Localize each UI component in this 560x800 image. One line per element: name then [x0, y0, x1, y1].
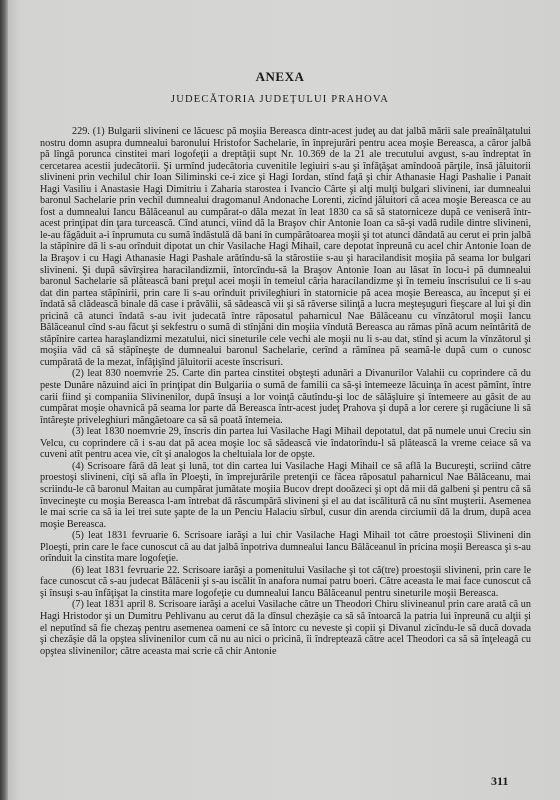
paragraph-5: (5) leat 1831 fevruarie 6. Scrisoare iar… [40, 530, 531, 565]
paragraph-229-1: 229. (1) Bulgarii slivineni ce lăcuesc p… [40, 126, 531, 368]
annex-title: ANEXA [0, 69, 560, 85]
document-body: 229. (1) Bulgarii slivineni ce lăcuesc p… [40, 126, 531, 657]
paragraph-7: (7) leat 1831 april 8. Scrisoare iarăşi … [40, 599, 531, 657]
paragraph-4: (4) Scrisoare fără dă leat şi lună, tot … [40, 461, 531, 530]
paragraph-3: (3) leat 1830 noemvrie 29, înscris din p… [40, 426, 531, 461]
paragraph-2: (2) leat 830 noemvrie 25. Carte din part… [40, 368, 531, 426]
book-spine-shadow [0, 0, 8, 800]
section-heading: JUDECĂTORIA JUDEȚULUI PRAHOVA [0, 94, 560, 105]
paragraph-6: (6) leat 1831 fevruarie 22. Scrisoare ia… [40, 565, 531, 600]
page-number: 311 [491, 774, 508, 789]
